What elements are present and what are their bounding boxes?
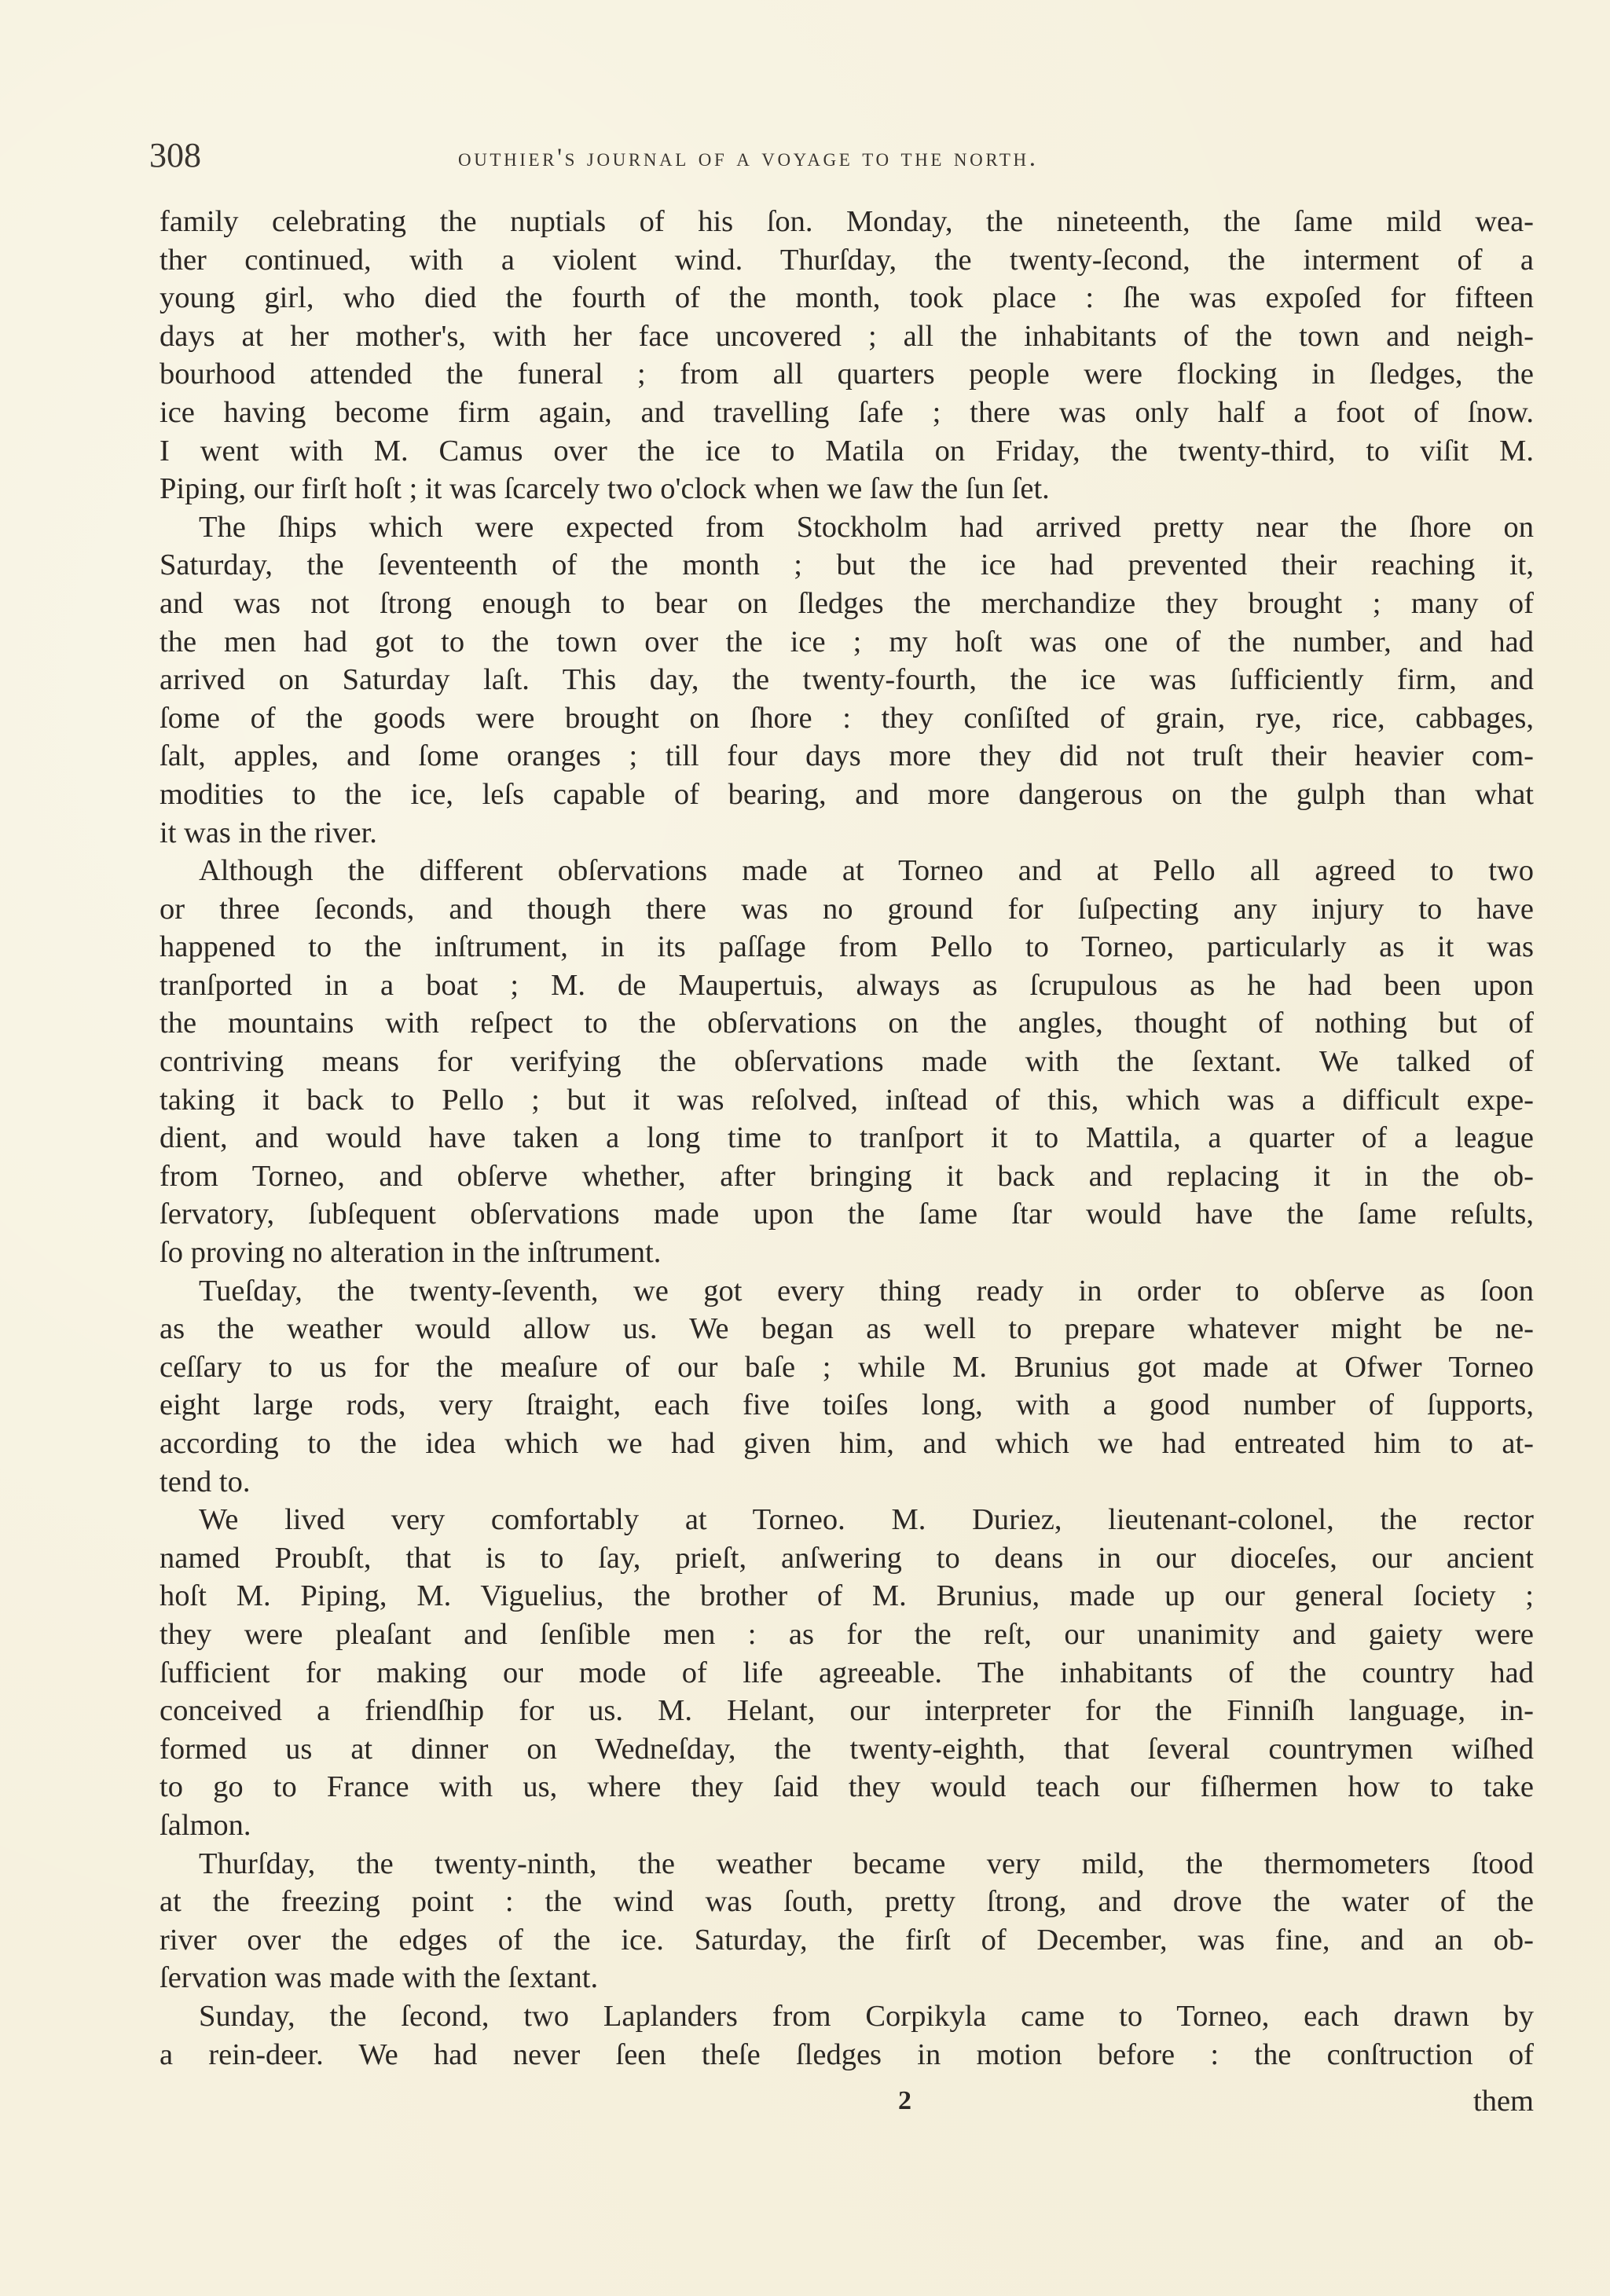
text-line: from Torneo, and obſerve whether, after … — [160, 1157, 1534, 1196]
text-line: ſalmon. — [160, 1806, 1534, 1845]
text-line: ſervatory, ſubſequent obſervations made … — [160, 1195, 1534, 1234]
catchword: them — [1473, 2082, 1534, 2120]
paragraph-first-line: Thurſday, the twenty-ninth, the weather … — [160, 1845, 1534, 1883]
text-line: bourhood attended the funeral ; from all… — [160, 355, 1534, 394]
body-text: family celebrating the nuptials of his ſ… — [160, 203, 1534, 2074]
text-line: ſalt, apples, and ſome oranges ; till fo… — [160, 737, 1534, 776]
text-line: hoſt M. Piping, M. Viguelius, the brothe… — [160, 1577, 1534, 1616]
text-line: contriving means for verifying the obſer… — [160, 1043, 1534, 1081]
text-line: river over the edges of the ice. Saturda… — [160, 1921, 1534, 1960]
signature-mark: 2 — [898, 2082, 911, 2120]
text-line: at the freezing point : the wind was ſou… — [160, 1883, 1534, 1921]
paragraph-first-line: Tueſday, the twenty-ſeventh, we got ever… — [160, 1272, 1534, 1311]
page-footer: 2 them — [160, 2082, 1534, 2122]
text-line: ceſſary to us for the meaſure of our baſ… — [160, 1348, 1534, 1387]
text-line: taking it back to Pello ; but it was reſ… — [160, 1081, 1534, 1120]
text-line: ſo proving no alteration in the inſtrume… — [160, 1234, 1534, 1272]
text-line: I went with M. Camus over the ice to Mat… — [160, 432, 1534, 471]
text-line: it was in the river. — [160, 814, 1534, 853]
text-line: they were pleaſant and ſenſible men : as… — [160, 1616, 1534, 1654]
text-line: conceived a friendſhip for us. M. Helant… — [160, 1692, 1534, 1730]
text-line: or three ſeconds, and though there was n… — [160, 890, 1534, 929]
text-line: as the weather would allow us. We began … — [160, 1310, 1534, 1348]
paragraph-first-line: The ſhips which were expected from Stock… — [160, 508, 1534, 547]
text-line: Piping, our firſt hoſt ; it was ſcarcely… — [160, 470, 1534, 508]
text-line: ther continued, with a violent wind. Thu… — [160, 241, 1534, 280]
text-line: the men had got to the town over the ice… — [160, 623, 1534, 662]
text-line: named Proubſt, that is to ſay, prieſt, a… — [160, 1539, 1534, 1578]
paragraph-first-line: We lived very comfortably at Torneo. M. … — [160, 1501, 1534, 1539]
text-line: happened to the inſtrument, in its paſſa… — [160, 928, 1534, 966]
running-head: 308 OUTHIER'S JOURNAL OF A VOYAGE TO THE… — [149, 132, 1532, 179]
text-line: ice having become firm again, and travel… — [160, 394, 1534, 432]
text-line: dient, and would have taken a long time … — [160, 1119, 1534, 1157]
text-line: arrived on Saturday laſt. This day, the … — [160, 661, 1534, 699]
text-line: formed us at dinner on Wedneſday, the tw… — [160, 1730, 1534, 1769]
text-line: tranſported in a boat ; M. de Maupertuis… — [160, 966, 1534, 1005]
text-line: and was not ſtrong enough to bear on ſle… — [160, 585, 1534, 623]
text-line: eight large rods, very ſtraight, each fi… — [160, 1386, 1534, 1425]
text-line: to go to France with us, where they ſaid… — [160, 1768, 1534, 1806]
text-line: family celebrating the nuptials of his ſ… — [160, 203, 1534, 241]
text-line: ſervation was made with the ſextant. — [160, 1959, 1534, 1997]
running-title: OUTHIER'S JOURNAL OF A VOYAGE TO THE NOR… — [458, 137, 1039, 179]
page-number: 308 — [149, 132, 201, 179]
text-line: the mountains with reſpect to the obſerv… — [160, 1004, 1534, 1043]
book-page: 308 OUTHIER'S JOURNAL OF A VOYAGE TO THE… — [0, 0, 1610, 2296]
paragraph-first-line: Although the different obſervations made… — [160, 852, 1534, 890]
paragraph-first-line: Sunday, the ſecond, two Laplanders from … — [160, 1997, 1534, 2036]
text-line: Saturday, the ſeventeenth of the month ;… — [160, 546, 1534, 585]
text-line: a rein-deer. We had never ſeen theſe ſle… — [160, 2036, 1534, 2074]
text-line: tend to. — [160, 1463, 1534, 1502]
text-line: young girl, who died the fourth of the m… — [160, 279, 1534, 317]
text-line: ſufficient for making our mode of life a… — [160, 1654, 1534, 1693]
text-line: ſome of the goods were brought on ſhore … — [160, 699, 1534, 738]
text-line: days at her mother's, with her face unco… — [160, 317, 1534, 356]
text-line: modities to the ice, leſs capable of bea… — [160, 776, 1534, 814]
text-line: according to the idea which we had given… — [160, 1425, 1534, 1463]
